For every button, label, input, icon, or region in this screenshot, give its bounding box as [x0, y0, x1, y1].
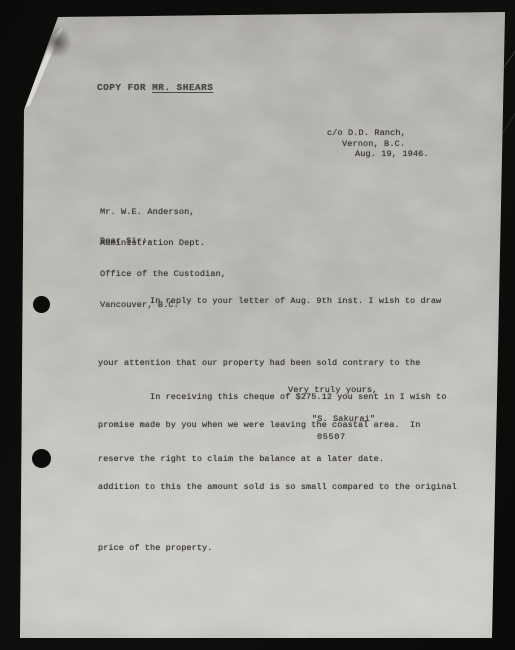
sender-address-line: Vernon, B.C.	[342, 139, 405, 149]
body-line: reserve the right to claim the balance a…	[98, 449, 446, 470]
copy-annotation: COPY FOR MR. SHEARS	[97, 82, 213, 93]
signature: "S. Sakurai"	[312, 414, 375, 424]
salutation: Dear Sir:-	[100, 236, 153, 246]
closing: Very truly yours,	[288, 385, 377, 395]
sender-address-line: c/o D.D. Ranch,	[327, 128, 406, 138]
copy-annotation-recipient: MR. SHEARS	[152, 82, 213, 93]
letter-page: COPY FOR MR. SHEARS c/o D.D. Ranch, Vern…	[0, 0, 515, 650]
body-line: price of the property.	[98, 538, 457, 559]
copy-annotation-prefix: COPY FOR	[97, 82, 152, 93]
body-line: In reply to your letter of Aug. 9th inst…	[98, 291, 457, 312]
punch-hole-top	[33, 296, 50, 313]
body-paragraph-2: In receiving this cheque of $275.12 you …	[98, 346, 446, 511]
file-number: 05507	[317, 432, 346, 442]
punch-hole-bottom	[32, 449, 51, 468]
recipient-line: Mr. W.E. Anderson,	[100, 207, 226, 217]
letter-date: Aug. 19, 1946.	[355, 149, 429, 159]
corner-smudge	[38, 22, 76, 62]
scan-background: COPY FOR MR. SHEARS c/o D.D. Ranch, Vern…	[0, 0, 515, 650]
body-line: In receiving this cheque of $275.12 you …	[98, 387, 446, 408]
